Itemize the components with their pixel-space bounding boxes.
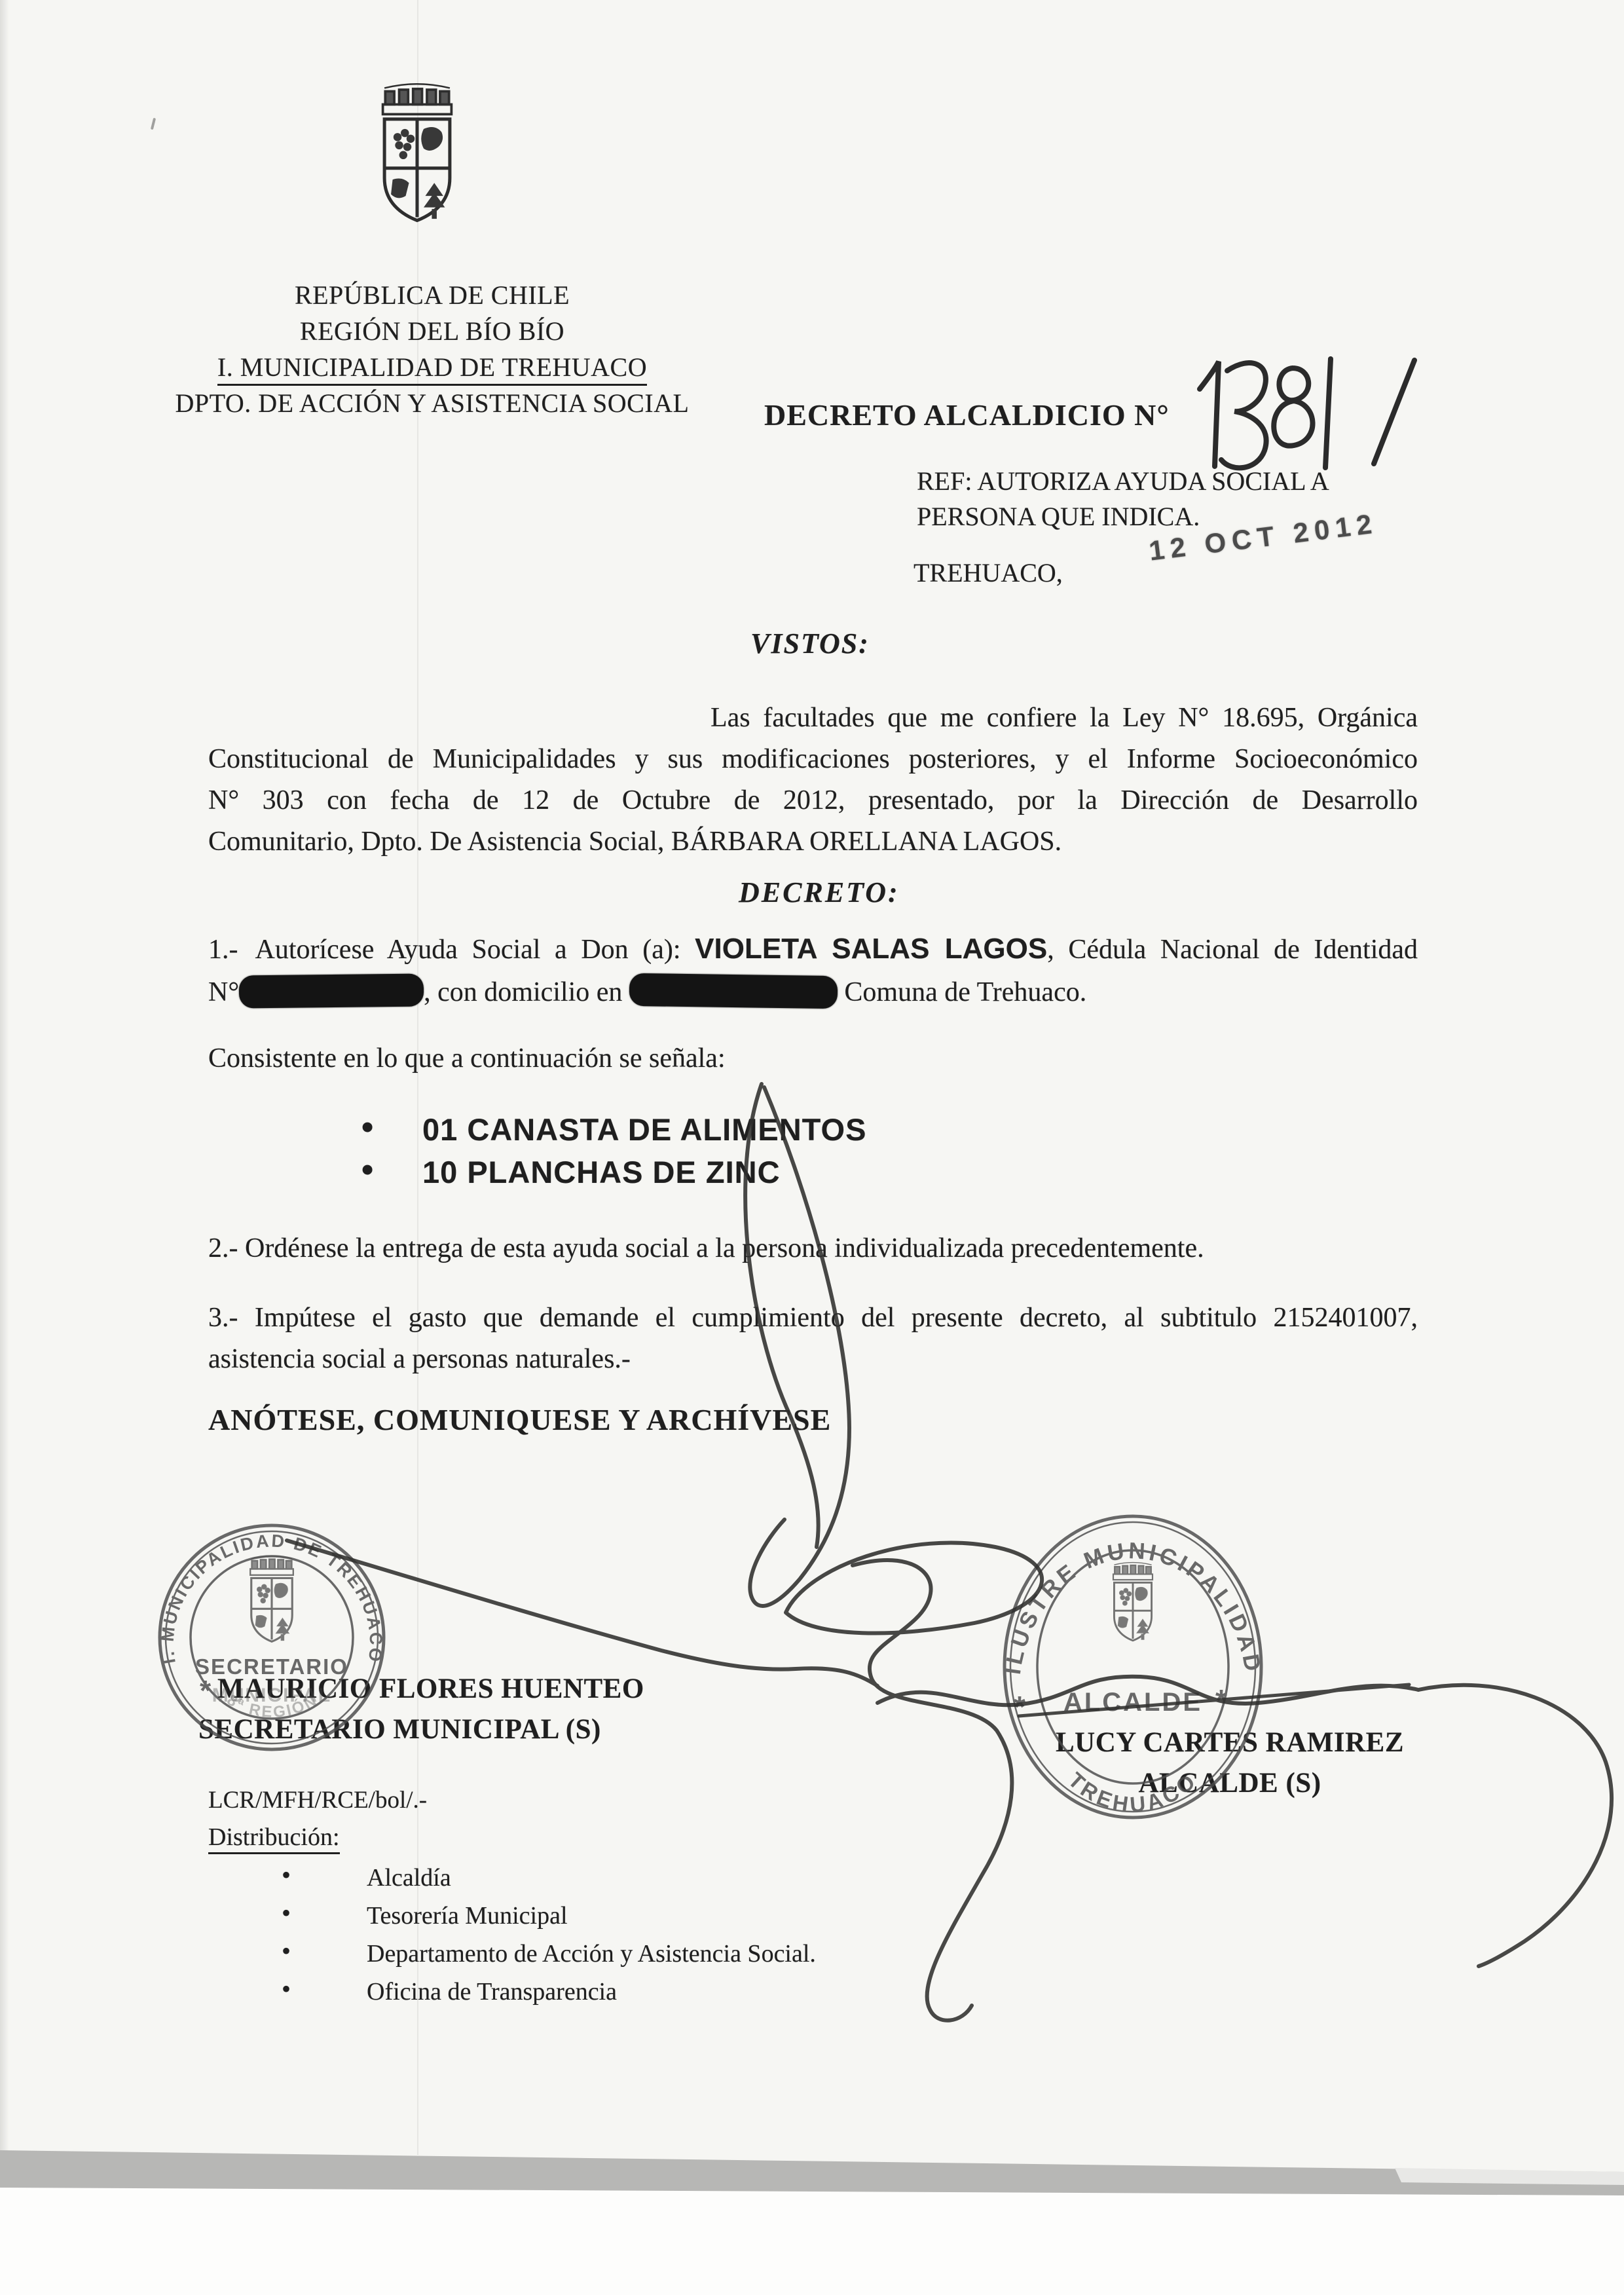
secretary-stamp-ring-text: I. MUNICIPALIDAD DE TREHUACO: [158, 1531, 386, 1665]
decreto-heading: DECRETO:: [739, 876, 900, 910]
distribution-item-1: Alcaldía: [367, 1864, 451, 1893]
decree-item-1-line-1: 1.-Autorícese Ayuda Social a Don (a): VI…: [208, 933, 1418, 966]
secretary-name: MAURICIO FLORES HUENTEO: [217, 1673, 644, 1705]
signature-mayor-squiggle: [877, 1677, 1418, 1706]
ref-line-2: PERSONA QUE INDICA.: [917, 502, 1200, 532]
header-country: REPÚBLICA DE CHILE: [170, 280, 694, 310]
redaction-bar-id: [239, 974, 424, 1009]
item-1-end: Comuna de Trehuaco.: [838, 977, 1086, 1007]
secretary-stamp-star-icon: *: [200, 1675, 212, 1707]
goods-item-2: 10 PLANCHAS DE ZINC: [422, 1155, 781, 1190]
signature-descender-loop: [853, 1560, 1012, 2021]
item-1-post: , Cédula Nacional de Identidad: [1047, 935, 1418, 965]
scan-left-edge-shadow: [0, 0, 9, 2295]
dateline-city: TREHUACO,: [913, 558, 1063, 588]
scan-speck: [151, 118, 156, 130]
signature-mayor-strike: [1019, 1685, 1409, 1716]
distribution-item-4: Oficina de Transparencia: [367, 1978, 617, 2007]
distribution-label-text: Distribución:: [208, 1823, 340, 1854]
closing-formula: ANÓTESE, COMUNIQUESE Y ARCHÍVESE: [208, 1403, 831, 1438]
id-label: N°: [208, 977, 239, 1007]
item-1-number: 1.-: [208, 935, 238, 965]
decree-title: DECRETO ALCALDICIO N°: [764, 398, 1170, 433]
distribution-bullet-2-dot: •: [282, 1898, 291, 1928]
svg-text:ILUSTRE MUNICIPALIDAD: ILUSTRE MUNICIPALIDAD: [1000, 1538, 1266, 1676]
mayor-title: ALCALDE (S): [1033, 1767, 1426, 1799]
mayor-stamp-star-left-icon: *: [1014, 1690, 1025, 1724]
header-region: REGIÓN DEL BÍO BÍO: [170, 316, 694, 346]
scan-bottom-white: [0, 2186, 1624, 2295]
beneficiary-name: VIOLETA SALAS LAGOS: [695, 933, 1047, 965]
goods-bullet-2-dot: •: [361, 1151, 373, 1190]
handwritten-decree-number: [1200, 359, 1414, 468]
decree-item-3-line-1: 3.- Impútese el gasto que demande el cum…: [208, 1302, 1418, 1334]
goods-bullet-1-dot: •: [361, 1108, 373, 1147]
decree-item-1-line-2: N°, con domicilio en Comuna de Trehuaco.: [208, 975, 1086, 1008]
distribution-bullet-1-dot: •: [282, 1860, 291, 1890]
item-1-pre: Autorícese Ayuda Social a Don (a):: [255, 935, 695, 965]
header-municipality: I. MUNICIPALIDAD DE TREHUACO: [170, 352, 694, 382]
vistos-line-1: Las facultades que me confiere la Ley N°…: [710, 702, 1418, 734]
vistos-heading: VISTOS:: [750, 627, 870, 661]
initials-line: LCR/MFH/RCE/bol/.-: [208, 1787, 427, 1815]
signature-oval-loop: [786, 1543, 1042, 1633]
signature-secretary-stroke: [287, 1540, 877, 1686]
distribution-bullet-4-dot: •: [282, 1974, 291, 2004]
vistos-line-3: N° 303 con fecha de 12 de Octubre de 201…: [208, 785, 1418, 816]
scanned-decree-page: REPÚBLICA DE CHILE REGIÓN DEL BÍO BÍO I.…: [0, 0, 1624, 2295]
vistos-line-2: Constitucional de Municipalidades y sus …: [208, 743, 1418, 775]
signature-flourish-arc: [1418, 1685, 1612, 1966]
secretary-title: SECRETARIO MUNICIPAL (S): [198, 1713, 601, 1745]
header-municipality-text: I. MUNICIPALIDAD DE TREHUACO: [217, 352, 647, 386]
decree-item-2: 2.- Ordénese la entrega de esta ayuda so…: [208, 1233, 1204, 1264]
goods-item-1: 01 CANASTA DE ALIMENTOS: [422, 1112, 866, 1147]
distribution-label: Distribución:: [208, 1823, 340, 1852]
distribution-item-2: Tesorería Municipal: [367, 1902, 568, 1931]
vistos-line-4: Comunitario, Dpto. De Asistencia Social,…: [208, 826, 1061, 857]
distribution-item-3: Departamento de Acción y Asistencia Soci…: [367, 1940, 816, 1969]
mayor-stamp-word: ALCALDE: [1063, 1688, 1202, 1717]
item-1-mid: , con domicilio en: [424, 977, 622, 1007]
header-department: DPTO. DE ACCIÓN Y ASISTENCIA SOCIAL: [151, 388, 714, 419]
redaction-bar-address: [629, 973, 838, 1009]
decree-item-3-line-2: asistencia social a personas naturales.-: [208, 1343, 631, 1375]
signature-strokes: [287, 1084, 1612, 2021]
scan-bottom-corner-wedge: [1395, 2168, 1624, 2185]
distribution-bullet-3-dot: •: [282, 1936, 291, 1966]
mayor-name: LUCY CARTES RAMIREZ: [1033, 1726, 1426, 1759]
mayor-stamp-star-right-icon: *: [1215, 1683, 1227, 1717]
ref-line-1: REF: AUTORIZA AYUDA SOCIAL A: [917, 466, 1329, 496]
mayor-stamp-top-text: ILUSTRE MUNICIPALIDAD: [1000, 1538, 1266, 1676]
svg-text:I. MUNICIPALIDAD DE TREHUACO: I. MUNICIPALIDAD DE TREHUACO: [158, 1531, 386, 1665]
consistente-line: Consistente en lo que a continuación se …: [208, 1043, 726, 1074]
